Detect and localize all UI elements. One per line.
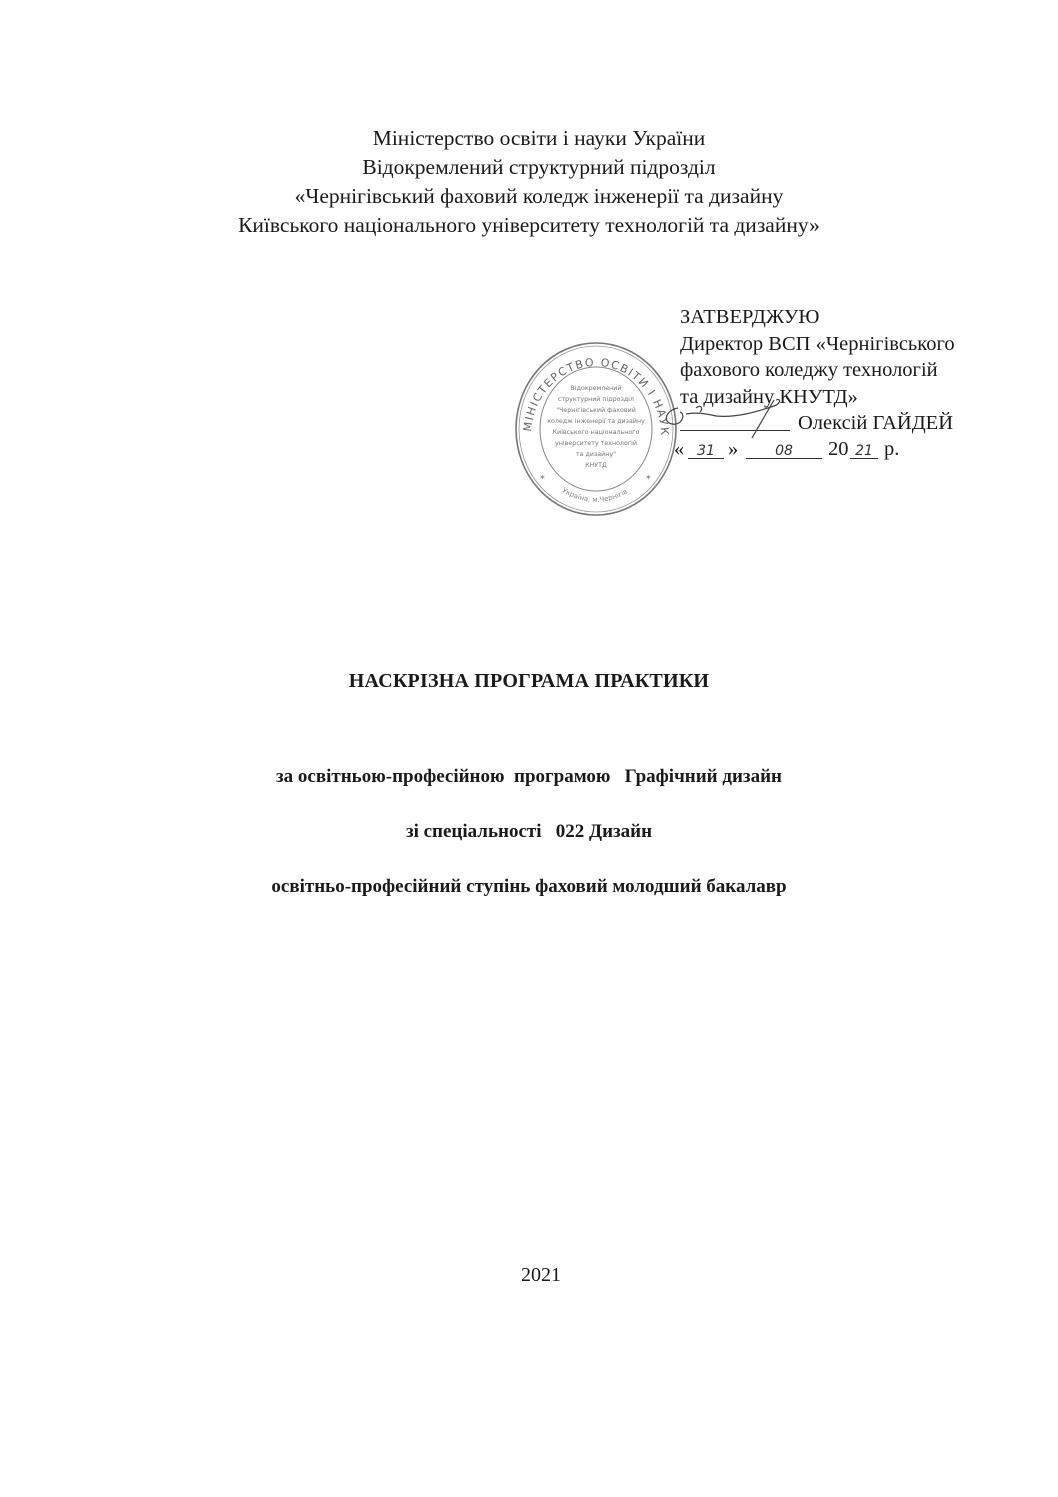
date-year-suffix: 21 [855,443,873,459]
official-stamp-icon: МІНІСТЕРСТВО ОСВІТИ І НАУКИ Україна, м.Ч… [513,340,679,518]
document-page: Міністерство освіти і науки України Відо… [0,0,1058,1497]
svg-text:Відокремлений: Відокремлений [571,384,622,392]
subdivision-line: Відокремлений структурний підрозділ [20,153,1058,182]
document-title: НАСКРІЗНА ПРОГРАМА ПРАКТИКИ [0,670,1058,693]
institution-header: Міністерство освіти і науки України Відо… [0,124,1058,240]
program-line: за освітньою-професійною програмою Графі… [0,766,1058,788]
degree-line: освітньо-професійний ступінь фаховий мол… [0,876,1058,898]
approval-heading: ЗАТВЕРДЖУЮ [680,304,1020,331]
svg-text:коледж інженерії та дизайну: коледж інженерії та дизайну [547,417,645,425]
date-suffix: р. [884,436,899,463]
svg-text:структурний підрозділ: структурний підрозділ [558,395,634,403]
ministry-line: Міністерство освіти і науки України [20,124,1058,153]
approval-position-line: Директор ВСП «Чернігівського [680,331,1020,358]
college-line: «Чернігівський фаховий коледж інженерії … [20,182,1058,211]
university-line: Київського національного університету те… [0,211,1058,240]
svg-text:університету технологій: університету технологій [555,439,637,447]
specialty-line: зі спеціальності 022 Дизайн [0,821,1058,843]
signer-name: Олексій ГАЙДЕЙ [798,410,953,437]
document-year: 2021 [12,1264,1058,1287]
svg-text:Київського національного: Київського національного [553,428,640,436]
date-year-prefix: 20 [828,436,849,463]
svg-text:Україна, м.Чернігів: Україна, м.Чернігів [561,486,629,504]
svg-text:"Чернігівський фаховий: "Чернігівський фаховий [556,406,636,414]
svg-text:та дизайну": та дизайну" [576,450,616,458]
svg-text:✶: ✶ [645,473,652,482]
svg-text:✶: ✶ [539,473,546,482]
svg-text:КНУТД: КНУТД [585,462,607,469]
signature-icon [656,378,796,448]
